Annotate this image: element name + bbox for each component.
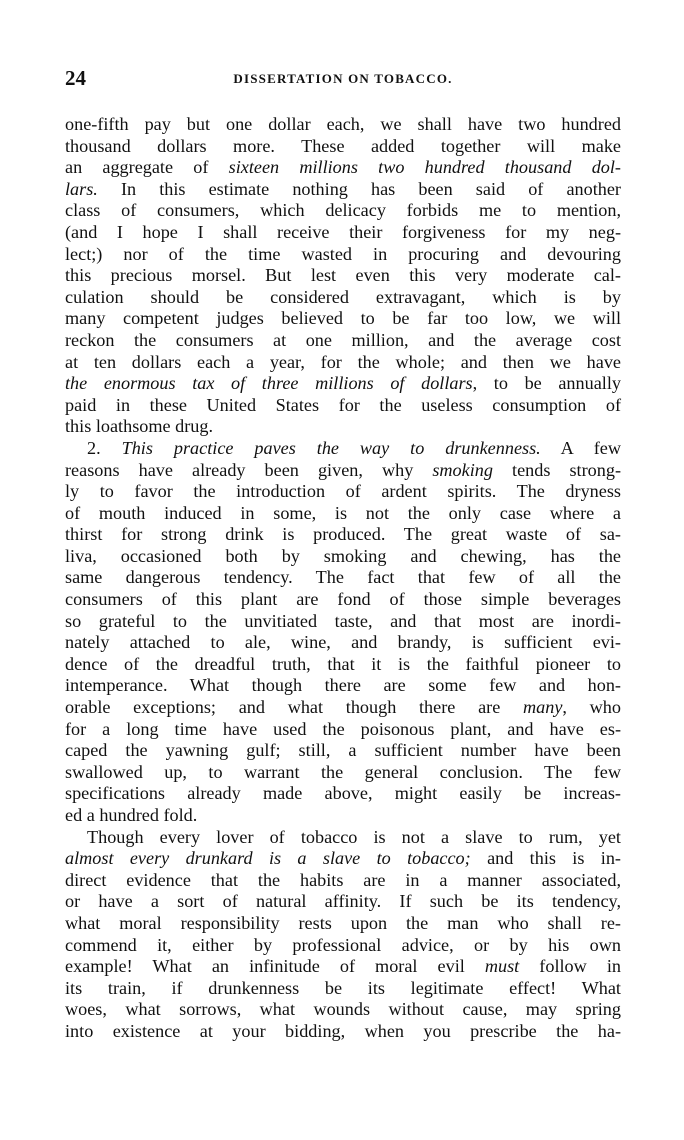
line-text: lect;) nor of the time wasted in procuri… <box>65 244 621 264</box>
text-line: ly to favor the introduction of ardent s… <box>65 481 621 503</box>
text-line: or have a sort of natural affinity. If s… <box>65 891 621 913</box>
line-text: example! What an infinitude of moral evi… <box>65 956 485 976</box>
line-text: nately attached to ale, wine, and brandy… <box>65 632 621 652</box>
text-line: (and I hope I shall receive their forgiv… <box>65 222 621 244</box>
italic-emphasis: almost every drunkard is a slave to toba… <box>65 848 471 868</box>
text-line: at ten dollars each a year, for the whol… <box>65 352 621 374</box>
text-line: the enormous tax of three millions of do… <box>65 373 621 395</box>
line-text: so grateful to the unvitiated taste, and… <box>65 611 621 631</box>
text-line: for a long time have used the poisonous … <box>65 719 621 741</box>
text-line: its train, if drunkenness be its legitim… <box>65 978 621 1000</box>
line-text: reckon the consumers at one million, and… <box>65 330 621 350</box>
text-line: of mouth induced in some, is not the onl… <box>65 503 621 525</box>
line-text: consumers of this plant are fond of thos… <box>65 589 621 609</box>
line-text: swallowed up, to warrant the general con… <box>65 762 621 782</box>
italic-emphasis: the enormous tax of three millions of do… <box>65 373 473 393</box>
text-line: almost every drunkard is a slave to toba… <box>65 848 621 870</box>
text-line: reasons have already been given, why smo… <box>65 460 621 482</box>
text-line: same dangerous tendency. The fact that f… <box>65 567 621 589</box>
text-line: reckon the consumers at one million, and… <box>65 330 621 352</box>
line-text: direct evidence that the habits are in a… <box>65 870 621 890</box>
text-line: liva, occasioned both by smoking and che… <box>65 546 621 568</box>
text-line: lect;) nor of the time wasted in procuri… <box>65 244 621 266</box>
italic-emphasis: lars. <box>65 179 98 199</box>
text-line: caped the yawning gulf; still, a suffici… <box>65 740 621 762</box>
line-text: class of consumers, which delicacy forbi… <box>65 200 621 220</box>
text-line: culation should be considered extravagan… <box>65 287 621 309</box>
line-text: , to be annually <box>473 373 621 393</box>
line-text: many competent judges believed to be far… <box>65 308 621 328</box>
text-line: commend it, either by professional advic… <box>65 935 621 957</box>
text-line: intemperance. What though there are some… <box>65 675 621 697</box>
italic-emphasis: This practice paves the way to drunkenne… <box>122 438 541 458</box>
line-text: specifications already made above, might… <box>65 783 621 803</box>
text-line: into existence at your bidding, when you… <box>65 1021 621 1043</box>
text-line: so grateful to the unvitiated taste, and… <box>65 611 621 633</box>
line-text: of mouth induced in some, is not the onl… <box>65 503 621 523</box>
line-text: into existence at your bidding, when you… <box>65 1021 621 1041</box>
line-text: (and I hope I shall receive their forgiv… <box>65 222 621 242</box>
text-line: woes, what sorrows, what wounds without … <box>65 999 621 1021</box>
line-text: thousand dollars more. These added toget… <box>65 136 621 156</box>
text-line: specifications already made above, might… <box>65 783 621 805</box>
text-line: thousand dollars more. These added toget… <box>65 136 621 158</box>
line-text: reasons have already been given, why <box>65 460 432 480</box>
running-title: DISSERTATION ON TOBACCO. <box>65 71 621 87</box>
line-text: its train, if drunkenness be its legitim… <box>65 978 621 998</box>
line-text: intemperance. What though there are some… <box>65 675 621 695</box>
italic-emphasis: smoking <box>432 460 493 480</box>
italic-emphasis: must <box>485 956 519 976</box>
text-line: paid in these United States for the usel… <box>65 395 621 417</box>
text-line: dence of the dreadful truth, that it is … <box>65 654 621 676</box>
line-text: an aggregate of <box>65 157 229 177</box>
line-text: at ten dollars each a year, for the whol… <box>65 352 621 372</box>
line-text: In this estimate nothing has been said o… <box>98 179 621 199</box>
text-line: class of consumers, which delicacy forbi… <box>65 200 621 222</box>
line-text: or have a sort of natural affinity. If s… <box>65 891 621 911</box>
line-text: dence of the dreadful truth, that it is … <box>65 654 621 674</box>
text-line: direct evidence that the habits are in a… <box>65 870 621 892</box>
text-line: this loathsome drug. <box>65 416 621 438</box>
line-text: follow in <box>519 956 621 976</box>
line-text: liva, occasioned both by smoking and che… <box>65 546 621 566</box>
page-header: 24 DISSERTATION ON TOBACCO. <box>65 66 621 92</box>
text-line: ed a hundred fold. <box>65 805 621 827</box>
line-text: A few <box>541 438 621 458</box>
text-line: Though every lover of tobacco is not a s… <box>65 827 621 849</box>
text-line: nately attached to ale, wine, and brandy… <box>65 632 621 654</box>
text-line: an aggregate of sixteen millions two hun… <box>65 157 621 179</box>
text-line: one-fifth pay but one dollar each, we sh… <box>65 114 621 136</box>
text-line: example! What an infinitude of moral evi… <box>65 956 621 978</box>
line-text: culation should be considered extravagan… <box>65 287 621 307</box>
line-text: this loathsome drug. <box>65 416 213 436</box>
text-line: this precious morsel. But lest even this… <box>65 265 621 287</box>
line-text: ly to favor the introduction of ardent s… <box>65 481 621 501</box>
line-text: commend it, either by professional advic… <box>65 935 621 955</box>
line-text: and this is in- <box>471 848 621 868</box>
line-text: caped the yawning gulf; still, a suffici… <box>65 740 621 760</box>
text-line: consumers of this plant are fond of thos… <box>65 589 621 611</box>
line-text: paid in these United States for the usel… <box>65 395 621 415</box>
text-line: swallowed up, to warrant the general con… <box>65 762 621 784</box>
line-text: 2. <box>87 438 122 458</box>
line-text: ed a hundred fold. <box>65 805 197 825</box>
text-line: many competent judges believed to be far… <box>65 308 621 330</box>
page-body-text: one-fifth pay but one dollar each, we sh… <box>65 114 621 1043</box>
line-text: orable exceptions; and what though there… <box>65 697 523 717</box>
text-line: orable exceptions; and what though there… <box>65 697 621 719</box>
line-text: woes, what sorrows, what wounds without … <box>65 999 621 1019</box>
text-line: lars. In this estimate nothing has been … <box>65 179 621 201</box>
line-text: thirst for strong drink is produced. The… <box>65 524 621 544</box>
text-line: 2. This practice paves the way to drunke… <box>65 438 621 460</box>
line-text: , who <box>562 697 621 717</box>
line-text: what moral responsibility rests upon the… <box>65 913 621 933</box>
text-line: what moral responsibility rests upon the… <box>65 913 621 935</box>
line-text: one-fifth pay but one dollar each, we sh… <box>65 114 621 134</box>
line-text: tends strong- <box>493 460 621 480</box>
line-text: for a long time have used the poisonous … <box>65 719 621 739</box>
italic-emphasis: many <box>523 697 562 717</box>
text-line: thirst for strong drink is produced. The… <box>65 524 621 546</box>
line-text: same dangerous tendency. The fact that f… <box>65 567 621 587</box>
line-text: Though every lover of tobacco is not a s… <box>87 827 621 847</box>
line-text: this precious morsel. But lest even this… <box>65 265 621 285</box>
italic-emphasis: sixteen millions two hundred thousand do… <box>229 157 621 177</box>
